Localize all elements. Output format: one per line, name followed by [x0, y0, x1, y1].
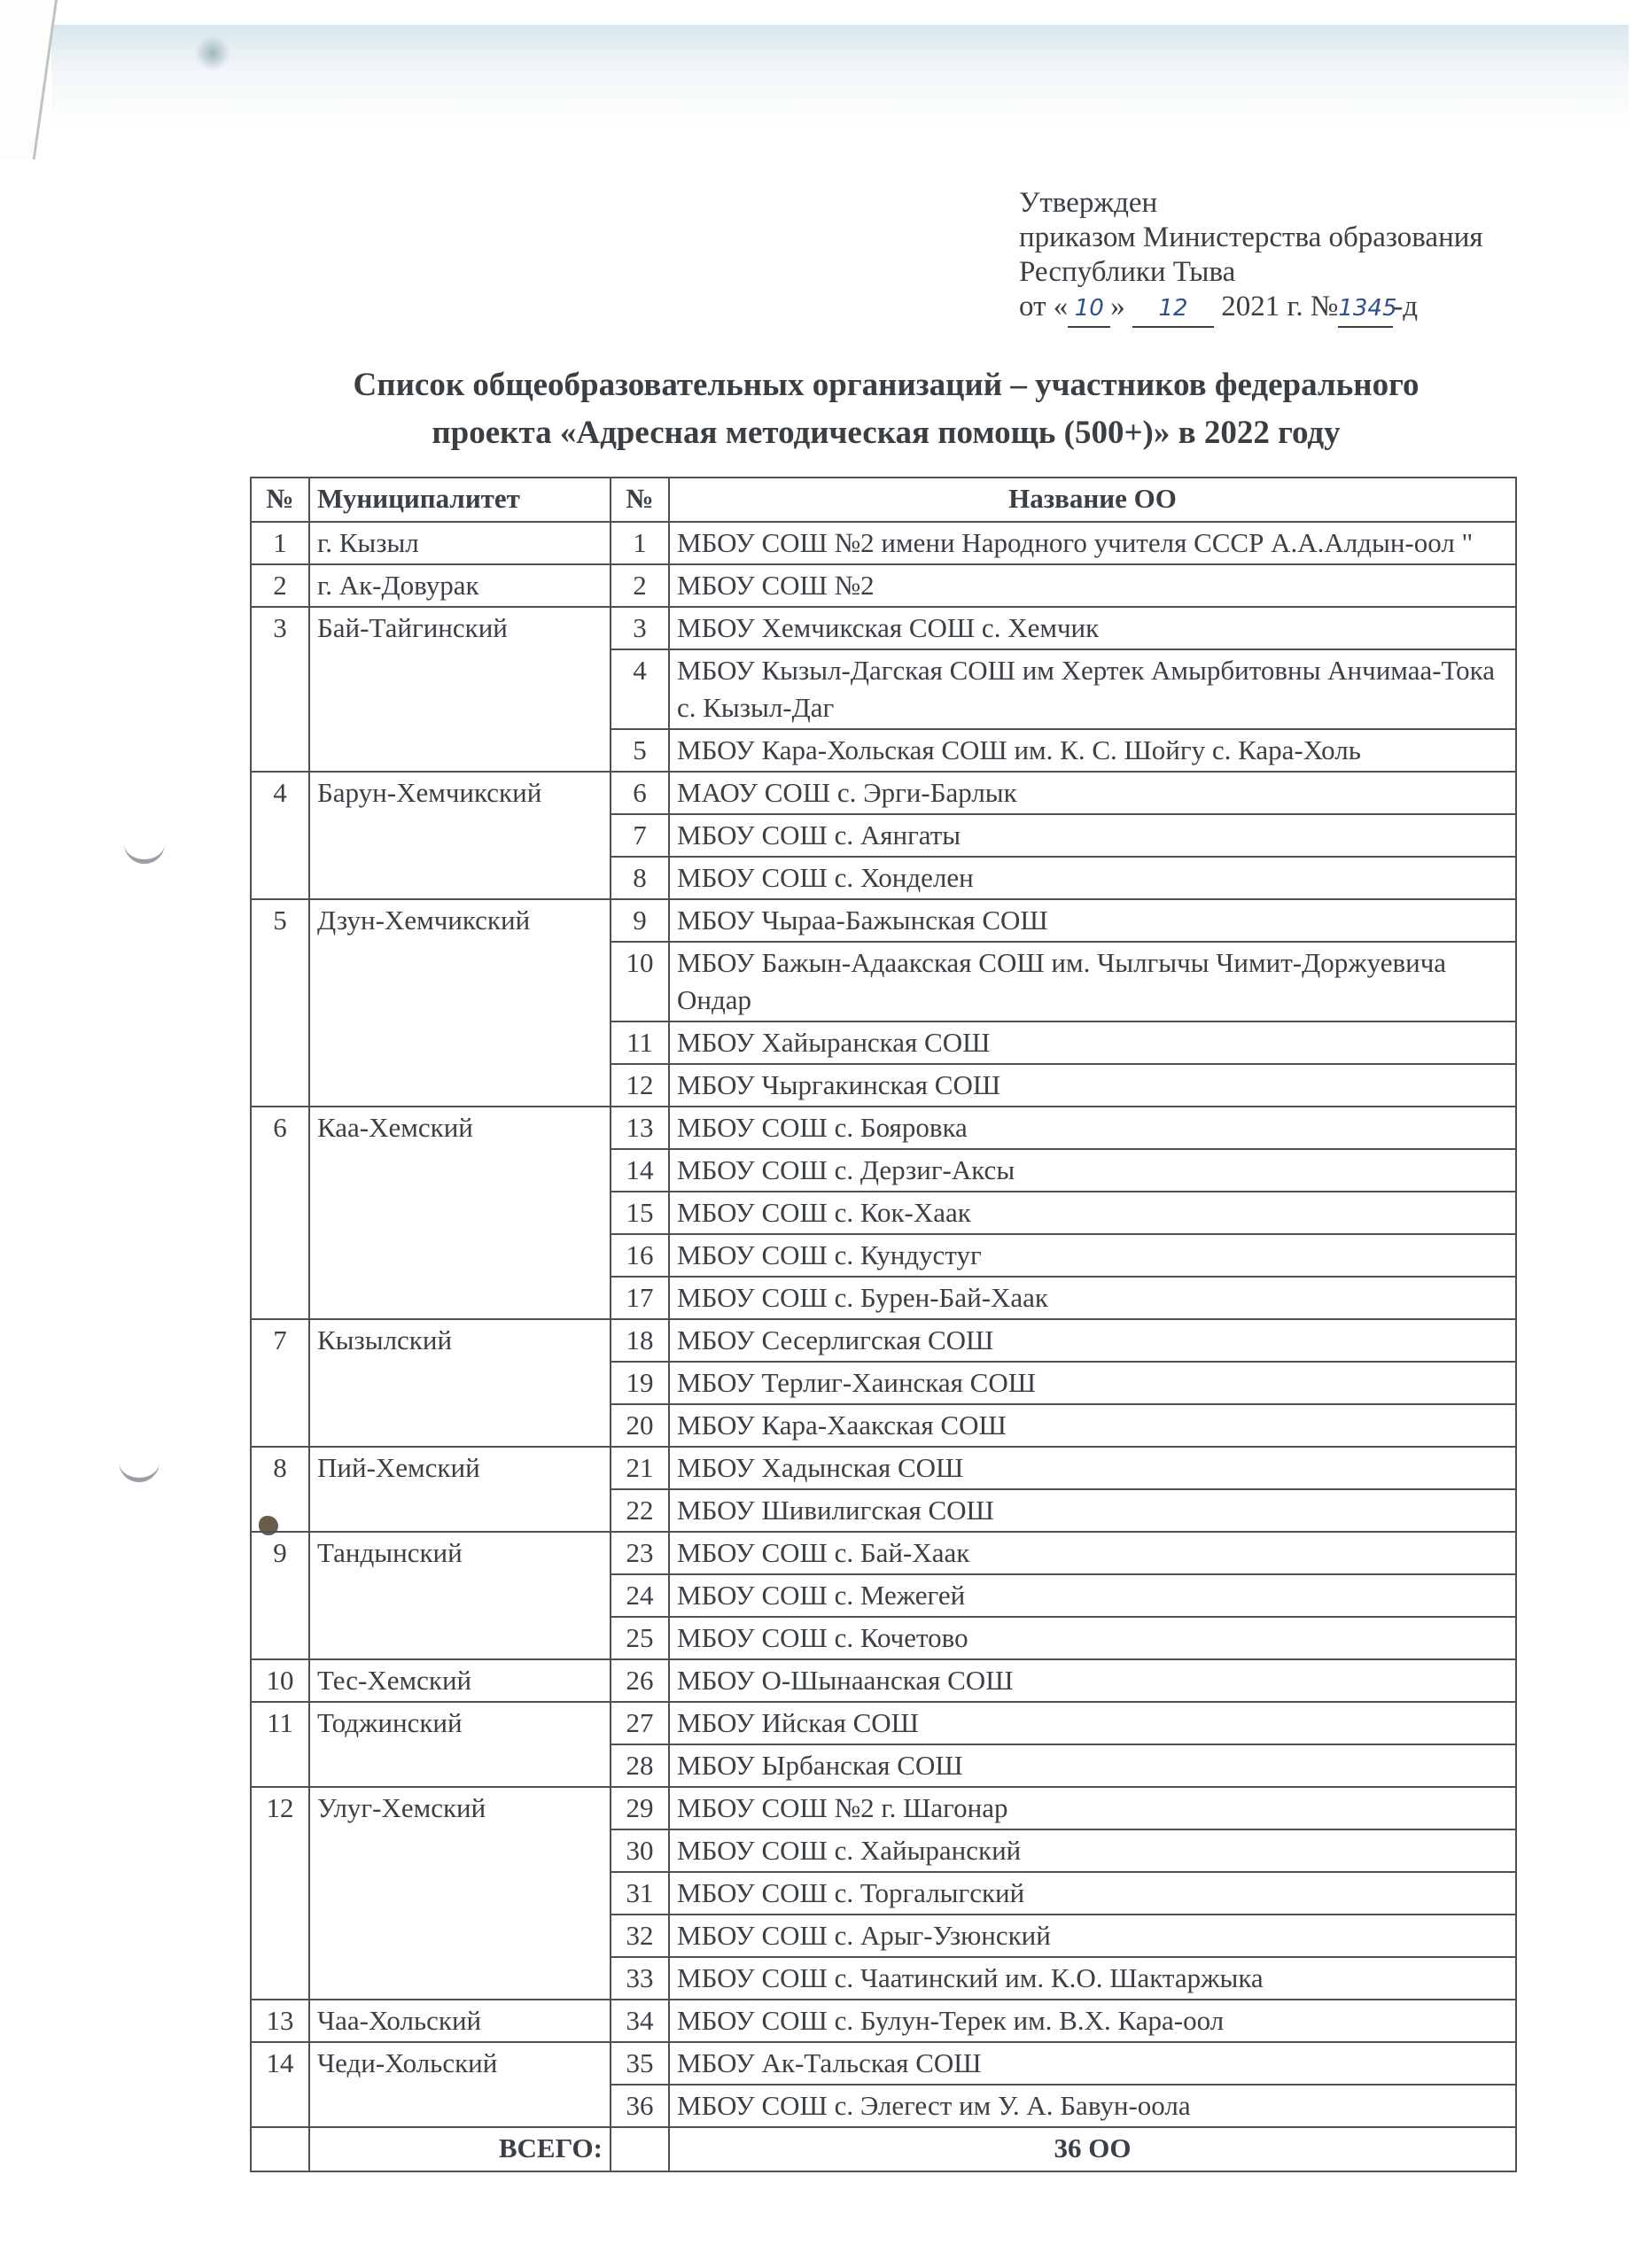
school-name: МБОУ Чыраа-Бажынская СОШ [669, 899, 1516, 942]
header-no: № [251, 478, 309, 522]
municipality-name: Кызылский [309, 1319, 611, 1447]
school-name: МБОУ Шивилигская СОШ [669, 1489, 1516, 1532]
school-name: МБОУ Хайыранская СОШ [669, 1021, 1516, 1064]
school-number: 17 [611, 1277, 669, 1319]
school-name: МБОУ СОШ с. Кочетово [669, 1617, 1516, 1659]
scan-smudge [195, 35, 230, 71]
school-name: МБОУ Сесерлигская СОШ [669, 1319, 1516, 1362]
school-number: 24 [611, 1574, 669, 1617]
school-name: МБОУ СОШ с. Бояровка [669, 1107, 1516, 1149]
table-row: 14Чеди-Хольский35МБОУ Ак-Тальская СОШ [251, 2042, 1516, 2085]
table-row: 1г. Кызыл1МБОУ СОШ №2 имени Народного уч… [251, 522, 1516, 564]
school-number: 4 [611, 649, 669, 729]
total-value: 36 ОО [669, 2127, 1516, 2171]
table-row: 8Пий-Хемский21МБОУ Хадынская СОШ [251, 1447, 1516, 1489]
school-number: 29 [611, 1787, 669, 1829]
school-number: 8 [611, 857, 669, 899]
header-school-no: № [611, 478, 669, 522]
school-name: МБОУ СОШ с. Хайыранский [669, 1829, 1516, 1872]
school-name: МБОУ Чыргакинская СОШ [669, 1064, 1516, 1107]
school-name: МБОУ Кызыл-Дагская СОШ им Хертек Амырбит… [669, 649, 1516, 729]
school-name: МБОУ Кара-Хаакская СОШ [669, 1404, 1516, 1447]
table-row: 9Тандынский23МБОУ СОШ с. Бай-Хаак [251, 1532, 1516, 1574]
school-name: МБОУ СОШ №2 [669, 564, 1516, 607]
date-mid: » [1110, 291, 1125, 322]
municipality-number: 4 [251, 772, 309, 899]
school-name: МБОУ СОШ №2 имени Народного учителя СССР… [669, 522, 1516, 564]
municipality-name: г. Кызыл [309, 522, 611, 564]
header-school-name: Название ОО [669, 478, 1516, 522]
municipality-name: Бай-Тайгинский [309, 607, 611, 772]
school-number: 3 [611, 607, 669, 649]
title-line: проекта «Адресная методическая помощь (5… [248, 409, 1524, 457]
school-number: 19 [611, 1362, 669, 1404]
municipality-name: Каа-Хемский [309, 1107, 611, 1319]
school-number: 15 [611, 1192, 669, 1234]
school-number: 1 [611, 522, 669, 564]
municipality-number: 2 [251, 564, 309, 607]
municipality-number: 1 [251, 522, 309, 564]
municipality-name: Дзун-Хемчикский [309, 899, 611, 1107]
scan-noise-band [51, 25, 1629, 131]
school-number: 28 [611, 1744, 669, 1787]
school-name: МБОУ Ийская СОШ [669, 1702, 1516, 1744]
school-number: 11 [611, 1021, 669, 1064]
table-row: 7Кызылский18МБОУ Сесерлигская СОШ [251, 1319, 1516, 1362]
school-name: МБОУ Терлиг-Хаинская СОШ [669, 1362, 1516, 1404]
school-name: МБОУ Кара-Хольская СОШ им. К. С. Шойгу с… [669, 729, 1516, 772]
table-row: 10Тес-Хемский26МБОУ О-Шынаанская СОШ [251, 1659, 1516, 1702]
school-name: МБОУ Хадынская СОШ [669, 1447, 1516, 1489]
handwritten-order-number: 1345 [1338, 291, 1393, 328]
school-name: МБОУ СОШ с. Кундустуг [669, 1234, 1516, 1277]
school-number: 6 [611, 772, 669, 814]
municipality-name: Тандынский [309, 1532, 611, 1659]
school-number: 14 [611, 1149, 669, 1192]
title-line: Список общеобразовательных организаций –… [248, 361, 1524, 409]
school-number: 21 [611, 1447, 669, 1489]
school-name: МБОУ СОШ с. Хонделен [669, 857, 1516, 899]
school-number: 35 [611, 2042, 669, 2085]
handwritten-month: 12 [1132, 291, 1214, 328]
school-number: 13 [611, 1107, 669, 1149]
school-name: МБОУ СОШ с. Арыг-Узюнский [669, 1915, 1516, 1957]
school-number: 25 [611, 1617, 669, 1659]
school-name: МАОУ СОШ с. Эрги-Барлык [669, 772, 1516, 814]
school-number: 26 [611, 1659, 669, 1702]
school-number: 16 [611, 1234, 669, 1277]
municipality-number: 3 [251, 607, 309, 772]
municipality-number: 12 [251, 1787, 309, 2000]
school-name: МБОУ Бажын-Адаакская СОШ им. Чылгычы Чим… [669, 942, 1516, 1021]
school-name: МБОУ СОШ №2 г. Шагонар [669, 1787, 1516, 1829]
school-number: 32 [611, 1915, 669, 1957]
table-row: 5Дзун-Хемчикский9МБОУ Чыраа-Бажынская СО… [251, 899, 1516, 942]
table-row: 4Барун-Хемчикский6МАОУ СОШ с. Эрги-Барлы… [251, 772, 1516, 814]
total-row: ВСЕГО: 36 ОО [251, 2127, 1516, 2171]
school-name: МБОУ СОШ с. Бурен-Бай-Хаак [669, 1277, 1516, 1319]
school-number: 30 [611, 1829, 669, 1872]
folded-page-corner [0, 0, 58, 159]
header-municipality: Муниципалитет [309, 478, 611, 522]
approval-block: Утвержден приказом Министерства образова… [1019, 186, 1483, 328]
handwritten-day: 10 [1068, 291, 1110, 328]
approval-line: приказом Министерства образования [1019, 221, 1483, 255]
table-row: 3Бай-Тайгинский3МБОУ Хемчикская СОШ с. Х… [251, 607, 1516, 649]
total-empty-cell [251, 2127, 309, 2171]
table-row: 11Тоджинский27МБОУ Ийская СОШ [251, 1702, 1516, 1744]
school-number: 33 [611, 1957, 669, 2000]
municipality-name: Барун-Хемчикский [309, 772, 611, 899]
school-name: МБОУ СОШ с. Булун-Терек им. В.Х. Кара-оо… [669, 2000, 1516, 2042]
municipality-number: 7 [251, 1319, 309, 1447]
table-body: 1г. Кызыл1МБОУ СОШ №2 имени Народного уч… [251, 522, 1516, 2127]
table-row: 13Чаа-Хольский34МБОУ СОШ с. Булун-Терек … [251, 2000, 1516, 2042]
order-suffix: -д [1393, 291, 1418, 322]
school-number: 10 [611, 942, 669, 1021]
municipality-name: Улуг-Хемский [309, 1787, 611, 2000]
total-label: ВСЕГО: [309, 2127, 611, 2171]
approval-date-line: от «10» 12 2021 г. №1345-д [1019, 290, 1483, 328]
school-number: 34 [611, 2000, 669, 2042]
schools-table: № Муниципалитет № Название ОО 1г. Кызыл1… [250, 477, 1517, 2172]
school-number: 5 [611, 729, 669, 772]
table-row: 12Улуг-Хемский29МБОУ СОШ №2 г. Шагонар [251, 1787, 1516, 1829]
municipality-name: Тоджинский [309, 1702, 611, 1787]
municipality-name: г. Ак-Довурак [309, 564, 611, 607]
municipality-number: 5 [251, 899, 309, 1107]
school-name: МБОУ СОШ с. Торгалыгский [669, 1872, 1516, 1915]
school-number: 22 [611, 1489, 669, 1532]
school-name: МБОУ СОШ с. Чаатинский им. К.О. Шактаржы… [669, 1957, 1516, 2000]
school-number: 18 [611, 1319, 669, 1362]
school-name: МБОУ СОШ с. Бай-Хаак [669, 1532, 1516, 1574]
school-name: МБОУ Ак-Тальская СОШ [669, 2042, 1516, 2085]
school-number: 31 [611, 1872, 669, 1915]
school-number: 20 [611, 1404, 669, 1447]
school-number: 7 [611, 814, 669, 857]
municipality-number: 11 [251, 1702, 309, 1787]
municipality-name: Пий-Хемский [309, 1447, 611, 1532]
school-name: МБОУ Хемчикская СОШ с. Хемчик [669, 607, 1516, 649]
school-name: МБОУ О-Шынаанская СОШ [669, 1659, 1516, 1702]
school-name: МБОУ СОШ с. Межегей [669, 1574, 1516, 1617]
approval-line: Республики Тыва [1019, 255, 1483, 290]
municipality-number: 14 [251, 2042, 309, 2127]
approval-line: Утвержден [1019, 186, 1483, 221]
municipality-number: 9 [251, 1532, 309, 1659]
school-name: МБОУ СОШ с. Дерзиг-Аксы [669, 1149, 1516, 1192]
school-number: 23 [611, 1532, 669, 1574]
school-name: МБОУ Ырбанская СОШ [669, 1744, 1516, 1787]
total-empty-cell [611, 2127, 669, 2171]
school-name: МБОУ СОШ с. Аянгаты [669, 814, 1516, 857]
punch-hole-mark [119, 1453, 159, 1482]
municipality-name: Тес-Хемский [309, 1659, 611, 1702]
table-header-row: № Муниципалитет № Название ОО [251, 478, 1516, 522]
municipality-number: 8 [251, 1447, 309, 1532]
municipality-name: Чаа-Хольский [309, 2000, 611, 2042]
school-number: 36 [611, 2085, 669, 2127]
municipality-number: 6 [251, 1107, 309, 1319]
punch-hole-mark [124, 835, 165, 864]
document-title: Список общеобразовательных организаций –… [248, 361, 1524, 457]
school-number: 27 [611, 1702, 669, 1744]
date-prefix: от « [1019, 291, 1068, 322]
school-number: 12 [611, 1064, 669, 1107]
table-row: 6Каа-Хемский13МБОУ СОШ с. Бояровка [251, 1107, 1516, 1149]
municipality-name: Чеди-Хольский [309, 2042, 611, 2127]
municipality-number: 13 [251, 2000, 309, 2042]
municipality-number: 10 [251, 1659, 309, 1702]
table-row: 2г. Ак-Довурак2МБОУ СОШ №2 [251, 564, 1516, 607]
school-name: МБОУ СОШ с. Кок-Хаак [669, 1192, 1516, 1234]
date-year: 2021 г. № [1221, 291, 1338, 322]
school-number: 9 [611, 899, 669, 942]
school-number: 2 [611, 564, 669, 607]
school-name: МБОУ СОШ с. Элегест им У. А. Бавун-оола [669, 2085, 1516, 2127]
